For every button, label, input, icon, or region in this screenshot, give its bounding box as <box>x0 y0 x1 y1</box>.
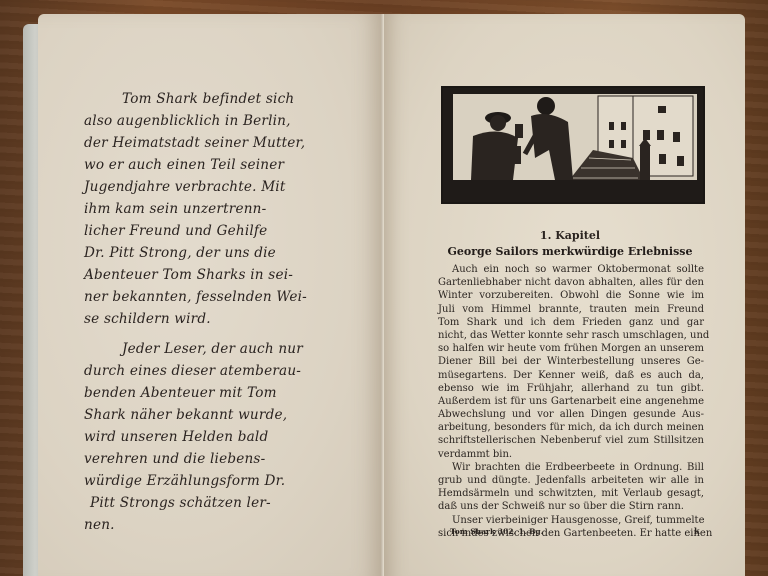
text-line: Gartenliebhaber nicht davon abhalten, al… <box>438 276 704 289</box>
hw-line: Shark näher bekannt wurde, <box>84 404 334 426</box>
text-line: ebenso wie im Frühjahr, allerhand zu tun… <box>438 382 704 395</box>
text-line: Auch ein noch so warmer Oktobermonat sol… <box>438 263 704 276</box>
hw-line: Jeder Leser, der auch nur <box>84 338 334 360</box>
text-line: Juli vom Himmel brannte, trauten mein Fr… <box>438 303 704 316</box>
text-line: arbeitung, besonders für mich, da ich du… <box>438 421 704 434</box>
chapter-number: 1. Kapitel <box>430 229 710 242</box>
hw-line: Tom Shark befindet sich <box>84 88 334 110</box>
text-line: müsegartens. Der Kenner weiß, daß es auc… <box>438 369 704 382</box>
text-line: Abwechslung und vor allen Dingen gesunde… <box>438 408 704 421</box>
hw-line: licher Freund und Gehilfe <box>84 220 334 242</box>
text-line: Unser vierbeiniger Hausgenosse, Greif, t… <box>438 514 704 527</box>
hw-line: nen. <box>84 514 334 536</box>
text-line: so halfen wir heute vom frühen Morgen an… <box>438 342 704 355</box>
hw-line: benden Abenteuer mit Tom <box>84 382 334 404</box>
chapter-title: George Sailors merkwürdige Erlebnisse <box>430 245 710 258</box>
hw-line: Pitt Strongs schätzen ler- <box>84 492 334 514</box>
handwritten-text: Tom Shark befindet sich also augenblickl… <box>84 88 334 536</box>
hw-line: se schildern wird. <box>84 308 334 330</box>
hw-line: verehren und die liebens- <box>84 448 334 470</box>
hw-line: wo er auch einen Teil seiner <box>84 154 334 176</box>
woodcut-illustration <box>441 86 705 204</box>
text-line: daß uns der Schweiß nur so über die Stir… <box>438 500 704 513</box>
text-line: Wir brachten die Erdbeerbeete in Ordnung… <box>438 461 704 474</box>
hw-line: ihm kam sein unzertrenn- <box>84 198 334 220</box>
book-gutter <box>381 14 384 576</box>
text-line: Außerdem ist für uns Gartenarbeit eine a… <box>438 395 704 408</box>
page-footer-signature: Tom Shark 302. 1. Bg. <box>450 527 543 536</box>
hw-line: Jugendjahre verbrachte. Mit <box>84 176 334 198</box>
text-line: Hemdsärmeln und schwitzten, mit Verlaub … <box>438 487 704 500</box>
hw-line: wird unseren Helden bald <box>84 426 334 448</box>
text-line: nicht, das Wetter konnte sehr rasch umsc… <box>438 329 704 342</box>
hw-line: ner bekannten, fesselnden Wei- <box>84 286 334 308</box>
hw-line: Abenteuer Tom Sharks in sei- <box>84 264 334 286</box>
text-line: Diener Bill bei der Winterbestellung uns… <box>438 355 704 368</box>
hw-line: der Heimatstadt seiner Mutter, <box>84 132 334 154</box>
text-line: schriftstellerischen Nebenberuf viel zum… <box>438 434 704 447</box>
text-line: Winter vorzubereiten. Obwohl die Sonne w… <box>438 289 704 302</box>
text-line: Tom Shark und ich dem Frieden ganz und g… <box>438 316 704 329</box>
hw-line: also augenblicklich in Berlin, <box>84 110 334 132</box>
rooftop-scene-icon <box>443 88 703 202</box>
text-line: grub und düngte. Jedenfalls arbeiteten w… <box>438 474 704 487</box>
hw-line: würdige Erzählungsform Dr. <box>84 470 334 492</box>
text-line: verdammt bin. <box>438 448 704 461</box>
hw-line: durch eines dieser atemberau- <box>84 360 334 382</box>
page-footer-mark: k <box>694 526 700 536</box>
printed-body-text: Auch ein noch so warmer Oktobermonat sol… <box>438 263 704 540</box>
hw-line: Dr. Pitt Strong, der uns die <box>84 242 334 264</box>
